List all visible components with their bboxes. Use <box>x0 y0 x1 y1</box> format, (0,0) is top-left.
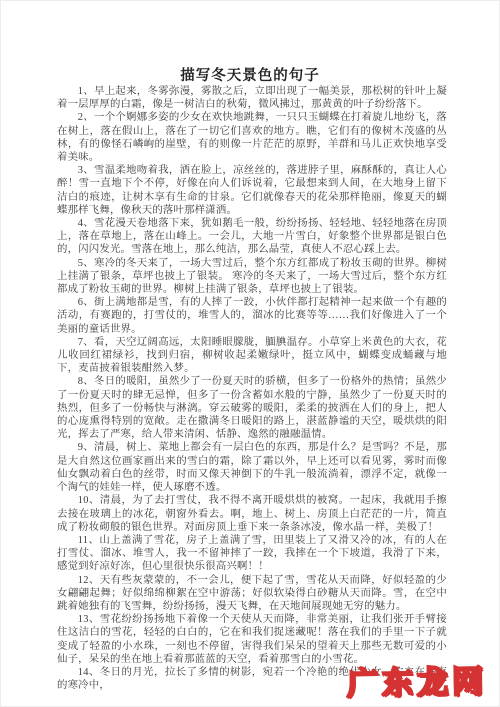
paragraph: 12、天有些灰蒙蒙的，不一会儿，便下起了雪，雪花从天而降，好似轻盈的少女翩翩起舞… <box>57 574 447 614</box>
paragraph: 10、清晨，为了去打雪仗，我不得不离开暖烘烘的被窝。一起床，我就用手擦去接在玻璃… <box>57 494 447 534</box>
watermark-logo: 广东龙网 <box>347 656 488 703</box>
paragraph: 4、雪花漫天卷地落下来，犹如鹅毛一般，纷纷扬扬、轻轻地、轻轻地落在房顶上，落在草… <box>57 217 447 257</box>
paragraph: 6、街上满地都是雪，有的人摔了一跤，小伙伴都打起精神一起来做一个有趣的活动，有赛… <box>57 296 447 336</box>
paragraph: 1、早上起来，冬雾弥漫，雾散之后，立即出现了一幅美景，那松树的针叶上凝着一层厚厚… <box>57 85 447 111</box>
paragraph: 5、寒冷的冬天来了，一场大雪过后，整个东方红都成了粉妆玉砌的世界。柳树上挂满了银… <box>57 257 447 297</box>
paragraph: 11、山上盖满了雪花，房子上盖满了雪，田里装上了又滑又冷的冰，有的人在打雪仗、溜… <box>57 534 447 574</box>
page-title: 描写冬天景色的句子 <box>1 1 499 85</box>
paragraph: 3、雪温柔地吻着我，洒在脸上，凉丝丝的，落进脖子里，麻酥酥的，真让人心醉！雪一直… <box>57 164 447 217</box>
paragraph: 2、一个个婀娜多姿的少女在欢快地跳舞，一只只玉蝴蝶在打着旋儿地纷飞，落在树上，落… <box>57 111 447 164</box>
document-page: 描写冬天景色的句子 1、早上起来，冬雾弥漫，雾散之后，立即出现了一幅美景，那松树… <box>0 0 500 707</box>
paragraph: 8、冬日的暖阳，虽然少了一份夏天时的骄横，但多了一份格外的热情；虽然少了一份夏天… <box>57 375 447 441</box>
paragraph-list: 1、早上起来，冬雾弥漫，雾散之后，立即出现了一幅美景，那松树的针叶上凝着一层厚厚… <box>57 85 447 692</box>
paragraph: 7、看，天空辽阔高远，太阳睡眼朦胧，腼腆温存。小草穿上米黄色的大衣，花儿收回红裙… <box>57 336 447 376</box>
paragraph: 9、清晨，树上、菜地上都会有一层白色的东西，那是什么？是雪吗？不是，那是大自然这… <box>57 441 447 494</box>
